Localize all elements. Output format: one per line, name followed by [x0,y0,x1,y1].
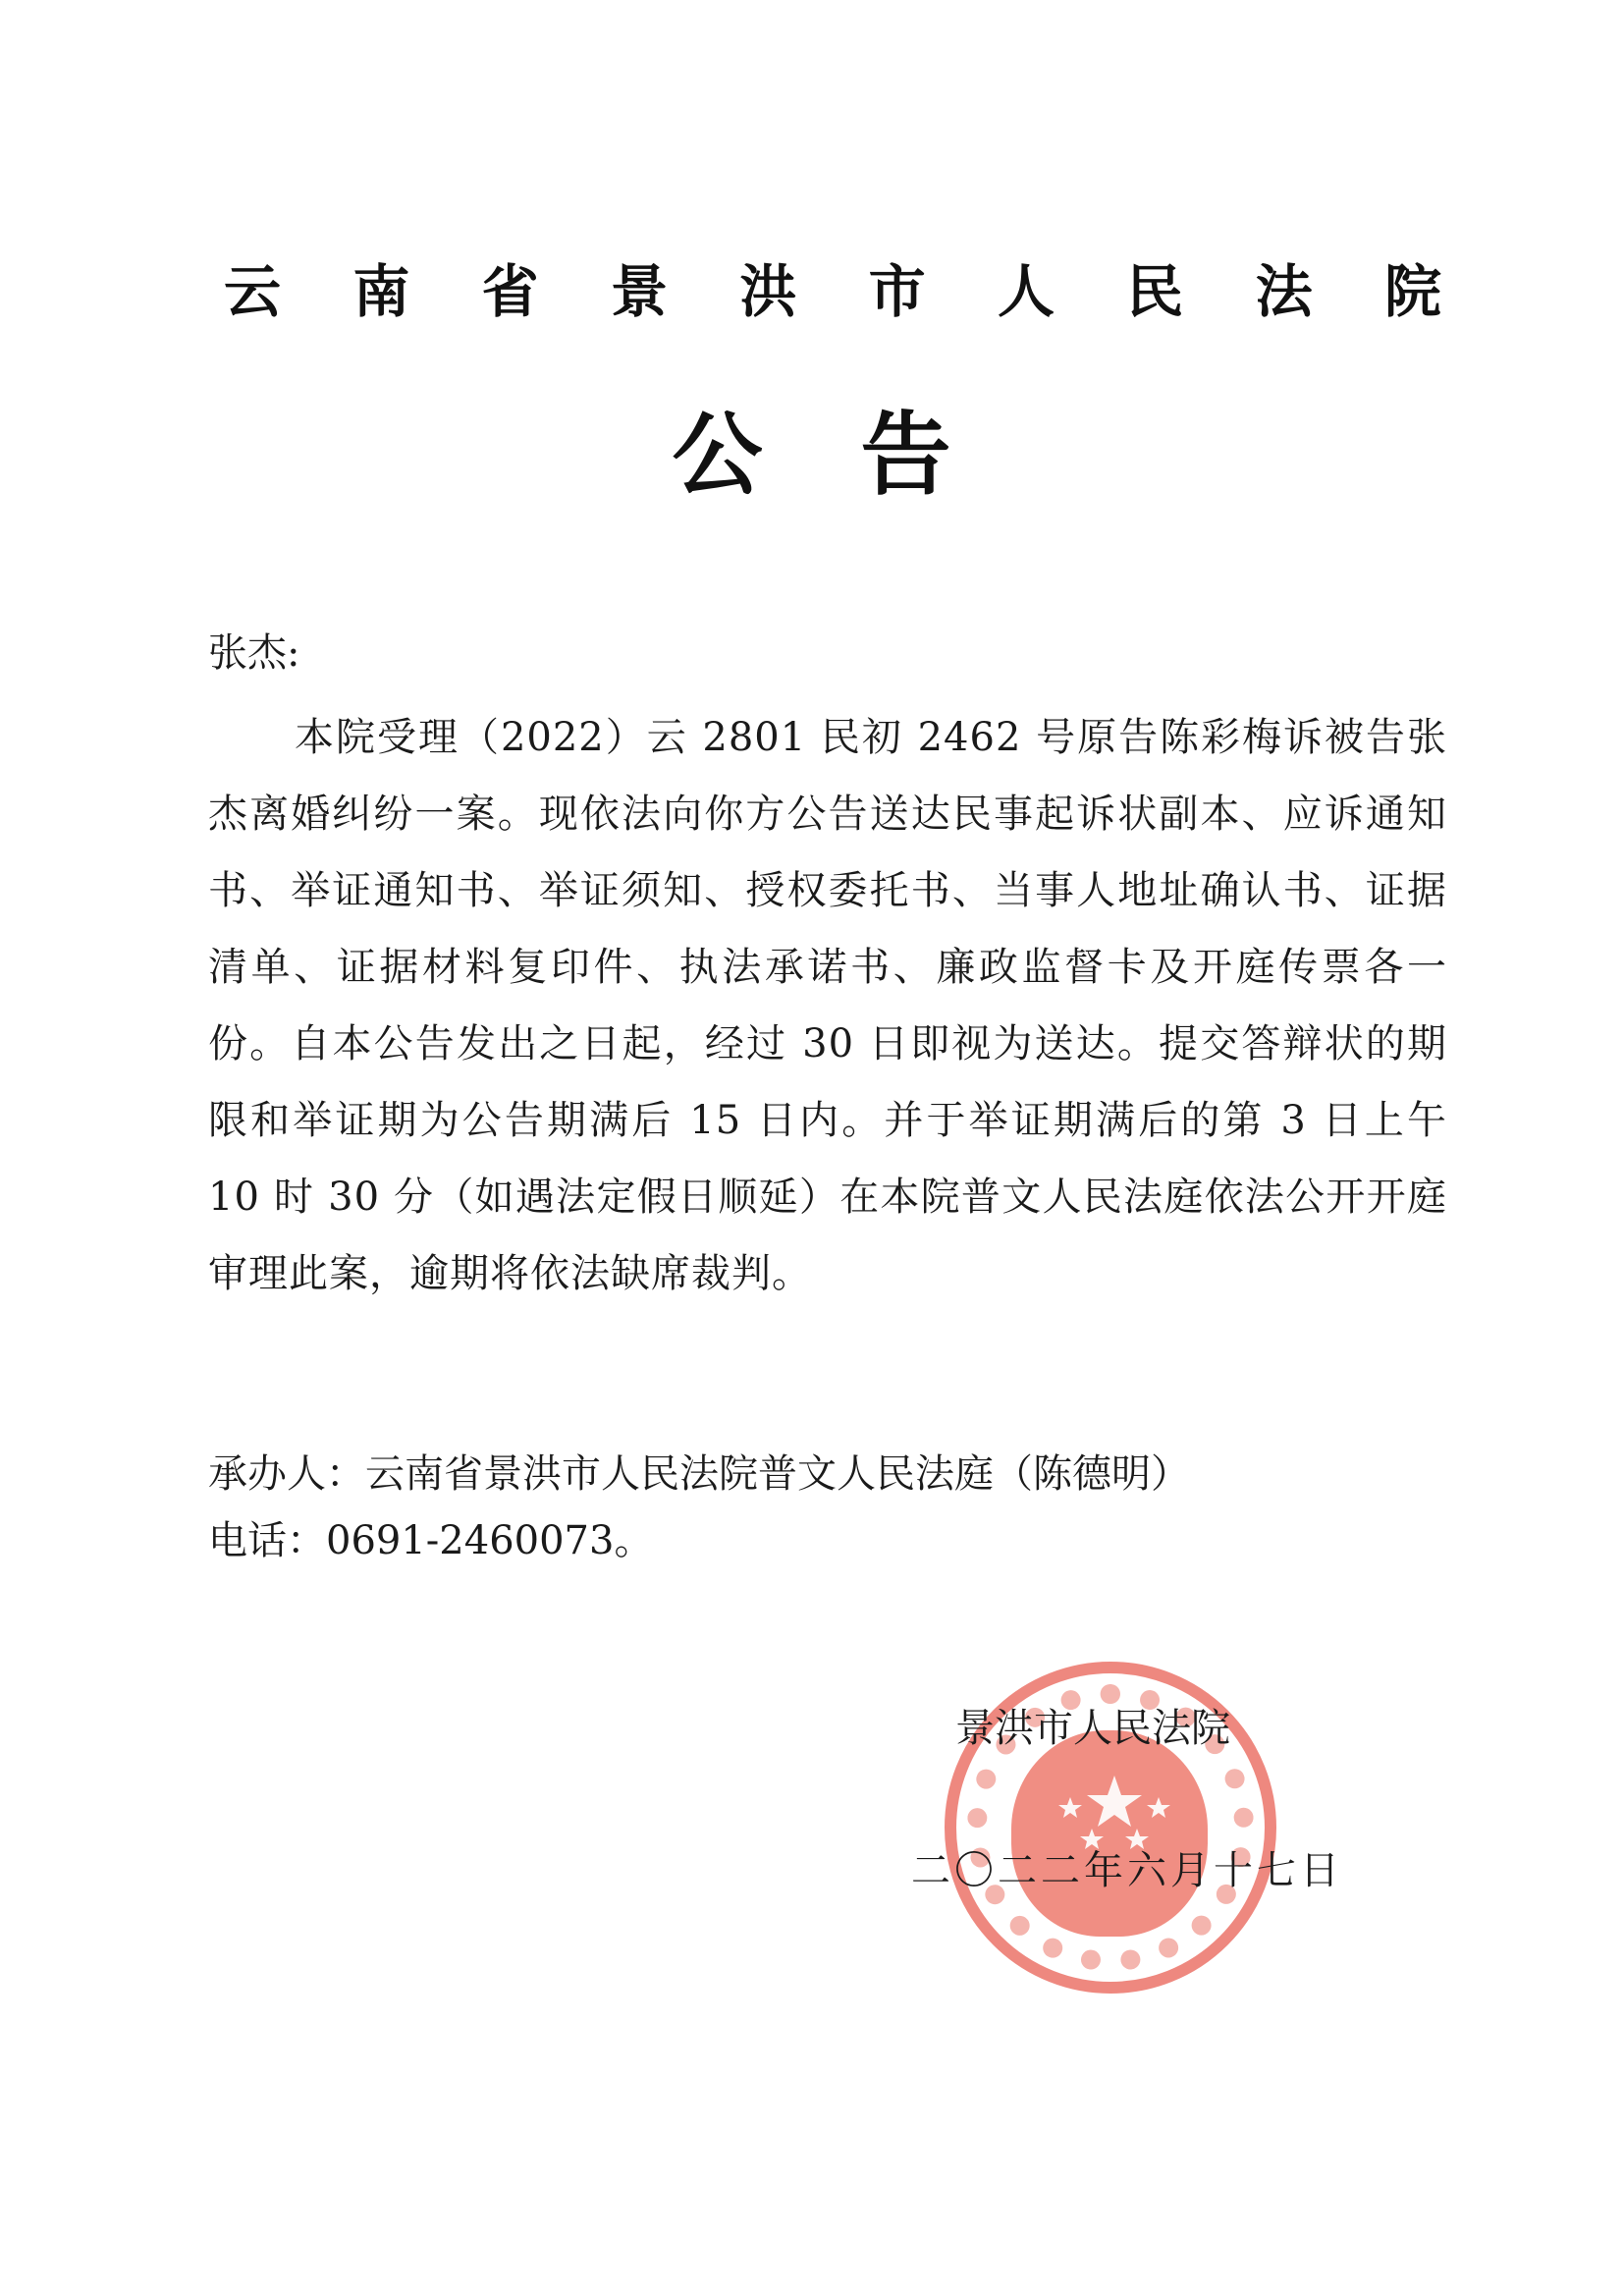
court-name-char: 院 [1384,257,1441,326]
court-name-heading: 云 南 省 景 洪 市 人 民 法 院 [224,257,1441,326]
document-title-char: 告 [861,401,951,509]
court-name-char: 省 [482,257,539,326]
court-name-char: 法 [1256,257,1313,326]
issue-date: 二〇二二年六月十七日 [911,1846,1343,1895]
document-title: 公告 [0,401,1623,509]
case-handler: 承办人：云南省景洪市人民法院普文人民法庭（陈德明） [208,1441,1190,1507]
court-name-char: 云 [224,257,281,326]
court-name-char: 人 [998,257,1055,326]
notice-page: 云 南 省 景 洪 市 人 民 法 院 公告 张杰: 本院受理（2022）云 2… [0,0,1623,2296]
court-name-char: 市 [869,257,926,326]
issuing-court: 景洪市人民法院 [955,1704,1230,1753]
contact-block: 承办人：云南省景洪市人民法院普文人民法庭（陈德明） 电话：0691-246007… [208,1441,1190,1574]
court-name-char: 南 [352,257,409,326]
court-name-char: 景 [611,257,668,326]
notice-body: 本院受理（2022）云 2801 民初 2462 号原告陈彩梅诉被告张杰离婚纠纷… [208,699,1447,1312]
court-name-char: 民 [1126,257,1183,326]
phone-number: 电话：0691-2460073。 [208,1507,1190,1574]
document-title-char: 公 [672,401,762,509]
addressee: 张杰: [208,629,299,678]
court-name-char: 洪 [739,257,796,326]
